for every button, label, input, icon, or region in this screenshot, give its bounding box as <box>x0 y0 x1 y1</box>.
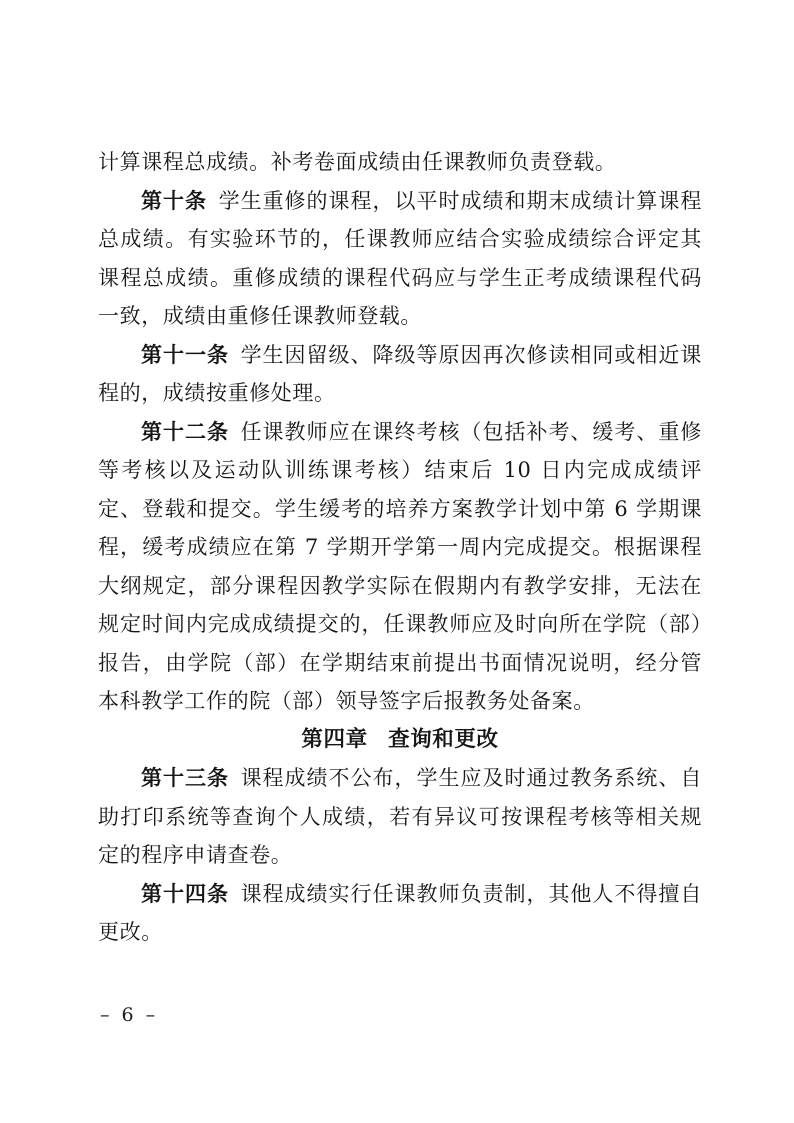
document-body: 计算课程总成绩。补考卷面成绩由任课教师负责登载。 第十条学生重修的课程，以平时成… <box>98 143 702 952</box>
paragraph-article-14: 第十四条课程成绩实行任课教师负责制，其他人不得擅自更改。 <box>98 875 702 952</box>
paragraph-continuation: 计算课程总成绩。补考卷面成绩由任课教师负责登载。 <box>98 143 702 182</box>
article-term: 第十四条 <box>141 882 229 906</box>
document-page: 计算课程总成绩。补考卷面成绩由任课教师负责登载。 第十条学生重修的课程，以平时成… <box>0 0 794 1123</box>
article-term: 第十二条 <box>141 420 229 444</box>
article-term: 第十一条 <box>141 343 229 367</box>
article-text: 任课教师应在课终考核（包括补考、缓考、重修等考核以及运动队训练课考核）结束后 1… <box>98 420 702 714</box>
chapter-heading: 第四章查询和更改 <box>98 721 702 760</box>
article-term: 第十三条 <box>141 766 229 790</box>
paragraph-article-13: 第十三条课程成绩不公布，学生应及时通过教务系统、自助打印系统等查询个人成绩，若有… <box>98 759 702 875</box>
paragraph-article-10: 第十条学生重修的课程，以平时成绩和期末成绩计算课程总成绩。有实验环节的，任课教师… <box>98 182 702 336</box>
paragraph-article-11: 第十一条学生因留级、降级等原因再次修读相同或相近课程的，成绩按重修处理。 <box>98 336 702 413</box>
page-number: – 6 – <box>100 1004 158 1026</box>
chapter-title: 查询和更改 <box>388 727 499 752</box>
article-term: 第十条 <box>141 189 207 213</box>
paragraph-article-12: 第十二条任课教师应在课终考核（包括补考、缓考、重修等考核以及运动队训练课考核）结… <box>98 413 702 721</box>
paragraph-text: 计算课程总成绩。补考卷面成绩由任课教师负责登载。 <box>98 150 616 174</box>
chapter-number: 第四章 <box>301 727 367 752</box>
